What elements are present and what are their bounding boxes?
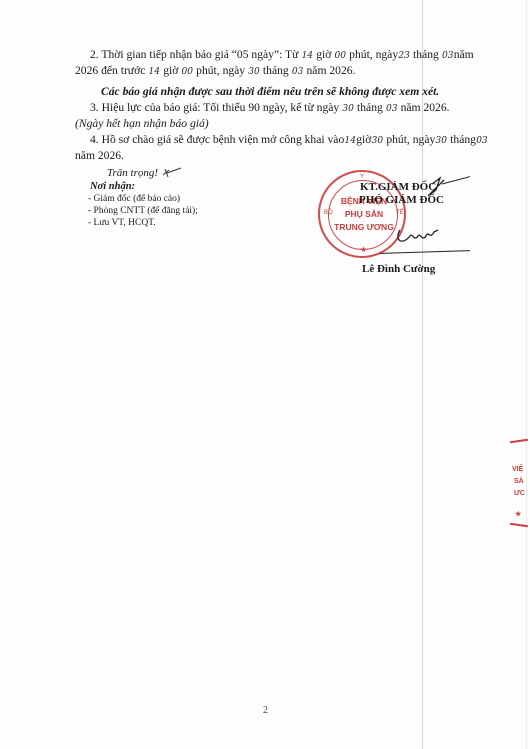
text: Trân trọng! (107, 167, 158, 179)
edge-seal-text: ƯC (514, 490, 525, 497)
handwritten-day-start: 23 (398, 49, 410, 63)
warning-note: Các báo giá nhận được sau thời điểm nêu … (101, 85, 439, 99)
text: năm (454, 48, 474, 61)
section-2-line-1: 2. Thời gian tiếp nhận báo giá “05 ngày”… (90, 48, 474, 63)
handwritten-minute-start: 00 (334, 49, 346, 63)
handwritten-hour: 14 (344, 134, 356, 148)
handwritten-month: 03 (386, 102, 398, 116)
text: giờ (163, 64, 178, 77)
text: phút, ngày (349, 48, 398, 61)
text: 4. Hồ sơ chào giá sẽ được bệnh viện mở c… (90, 133, 344, 146)
text: tháng (357, 101, 383, 114)
handwritten-minute: 30 (371, 134, 383, 148)
handwritten-month-end: 03 (292, 65, 304, 79)
handwritten-month: 03 (476, 134, 488, 148)
section-3-line: 3. Hiệu lực của báo giá: Tối thiểu 90 ng… (90, 101, 450, 116)
page-edge (526, 0, 527, 749)
text: tháng (263, 64, 289, 77)
section-3-note: (Ngày hết hạn nhận báo giá) (75, 117, 209, 131)
text: tháng (413, 48, 439, 61)
text: giờ (356, 133, 371, 146)
handwritten-hour-end: 14 (148, 65, 160, 79)
seal-arc (510, 439, 528, 443)
closing-text: Trân trọng! (107, 166, 183, 180)
text: năm 2026. (401, 101, 450, 114)
seal-arc (510, 523, 528, 527)
section-4-line-1: 4. Hồ sơ chào giá sẽ được bệnh viện mở c… (90, 133, 488, 148)
handwritten-month-start: 03 (442, 49, 454, 63)
handwritten-day: 30 (435, 134, 447, 148)
section-4-line-2: năm 2026. (75, 149, 124, 163)
text: tháng (450, 133, 476, 146)
edge-seal-text: VIỆ (512, 466, 523, 473)
section-2-line-2: 2026 đến trước 14 giờ 00 phút, ngày 30 t… (75, 64, 355, 79)
text: phút, ngày (386, 133, 435, 146)
text: phút, ngày (196, 64, 245, 77)
text: năm 2026. (307, 64, 356, 77)
initial-signature-icon (161, 167, 183, 179)
handwritten-day: 30 (342, 102, 354, 116)
text: giờ (316, 48, 331, 61)
handwritten-hour-start: 14 (301, 49, 313, 63)
recipient-item: - Phòng CNTT (để đăng tải); (88, 206, 198, 217)
handwritten-day-end: 30 (248, 65, 260, 79)
edge-seal-star-icon: ★ (515, 510, 521, 518)
text: 3. Hiệu lực của báo giá: Tối thiểu 90 ng… (90, 101, 339, 114)
signer-name: Lê Đình Cường (362, 262, 435, 276)
text: 2. Thời gian tiếp nhận báo giá “05 ngày”… (90, 48, 298, 61)
text: 2026 đến trước (75, 64, 145, 77)
seal-star-icon: ★ (360, 245, 367, 254)
handwritten-minute-end: 00 (181, 65, 193, 79)
page-number: 2 (263, 705, 268, 716)
recipients-title: Nơi nhận: (90, 180, 135, 194)
partial-edge-seal: VIỆ SẢ ƯC ★ (510, 440, 530, 530)
recipient-item: - Giám đốc (để báo cáo) (88, 194, 180, 205)
recipient-item: - Lưu VT, HCQT. (88, 218, 156, 229)
edge-seal-text: SẢ (514, 478, 524, 485)
